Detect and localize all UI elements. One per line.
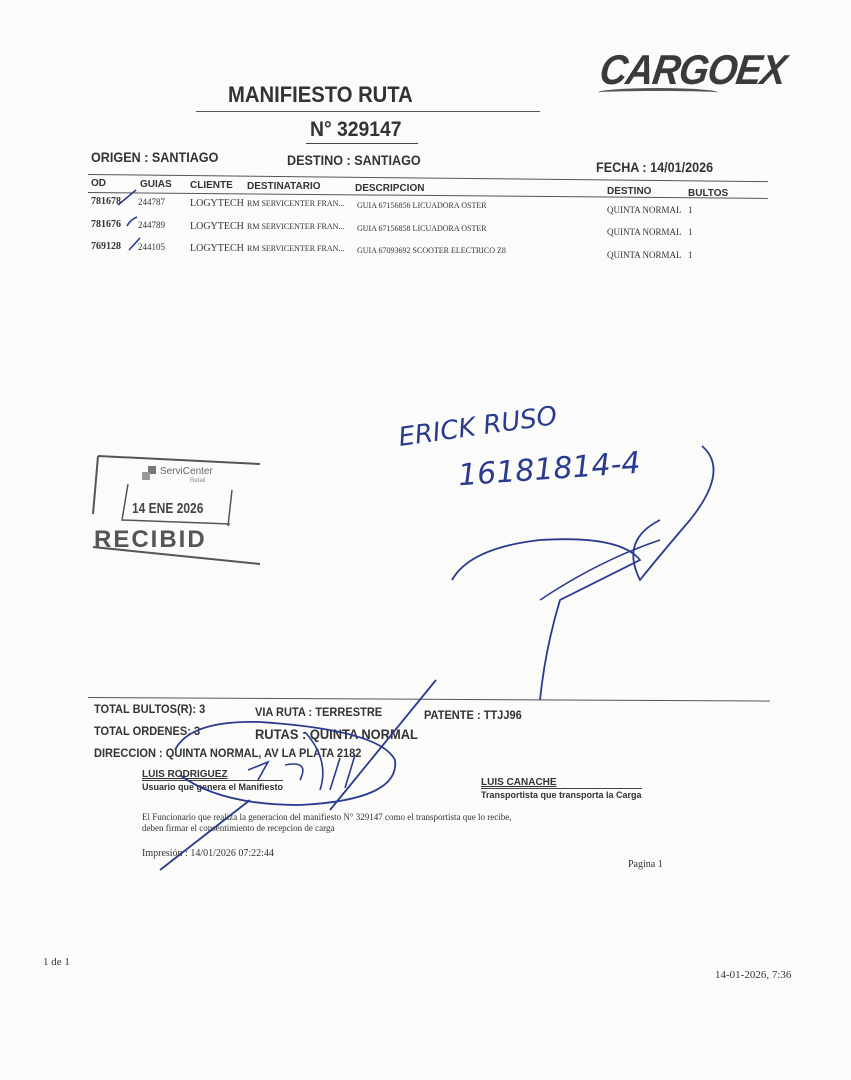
issuer-signature	[0, 0, 851, 1080]
browser-print-stamp: 14-01-2026, 7:36	[715, 969, 791, 981]
page-count: 1 de 1	[43, 956, 70, 968]
print-timestamp: Impresión : 14/01/2026 07:22:44	[142, 848, 274, 859]
note-line-1: El Funcionario que realiza la generacion…	[142, 812, 511, 823]
page-number: Pagina 1	[628, 859, 663, 870]
signature-note: El Funcionario que realiza la generacion…	[142, 812, 511, 834]
note-line-2: deben firmar el consentimiento de recepc…	[142, 823, 511, 834]
